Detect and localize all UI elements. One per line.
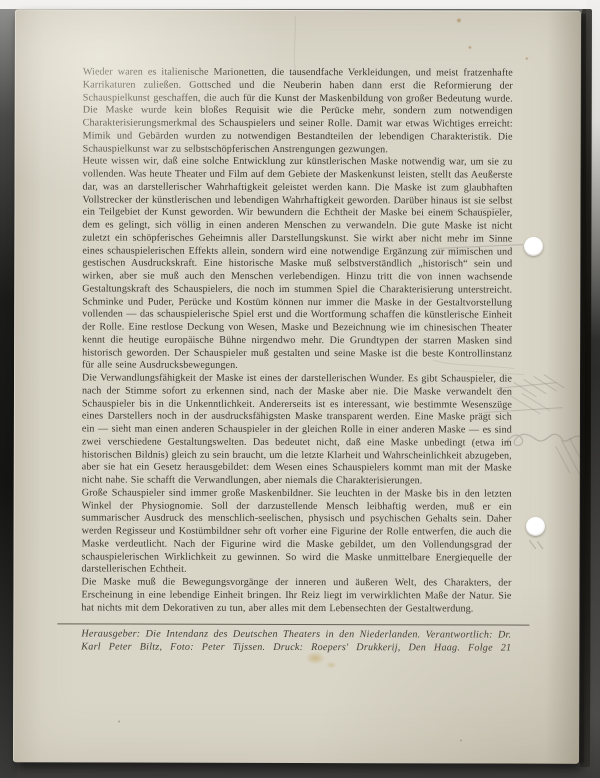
paragraph-4: Große Schauspieler sind immer große Mask… (82, 487, 512, 577)
page-edge-shadow (580, 9, 592, 767)
paragraph-1: Wieder waren es italienische Marionetten… (83, 66, 513, 156)
paragraph-2: Heute wissen wir, daß eine solche Entwic… (82, 156, 513, 374)
paragraph-5: Die Maske muß die Bewegungsvorgänge der … (81, 576, 511, 615)
paragraph-3: Die Verwandlungsfähigkeit der Maske ist … (82, 372, 512, 488)
page-photo: Wieder waren es italienische Marionetten… (0, 0, 600, 778)
imprint-text: Herausgeber: Die Intendanz des Deutschen… (81, 629, 511, 656)
paper-page: Wieder waren es italienische Marionetten… (13, 9, 581, 763)
body-text: Wieder waren es italienische Marionetten… (81, 66, 513, 655)
punch-hole-bottom (526, 517, 545, 536)
imprint-divider (57, 624, 529, 626)
backdrop-top-strip (0, 0, 600, 9)
punch-hole-top (524, 237, 543, 256)
